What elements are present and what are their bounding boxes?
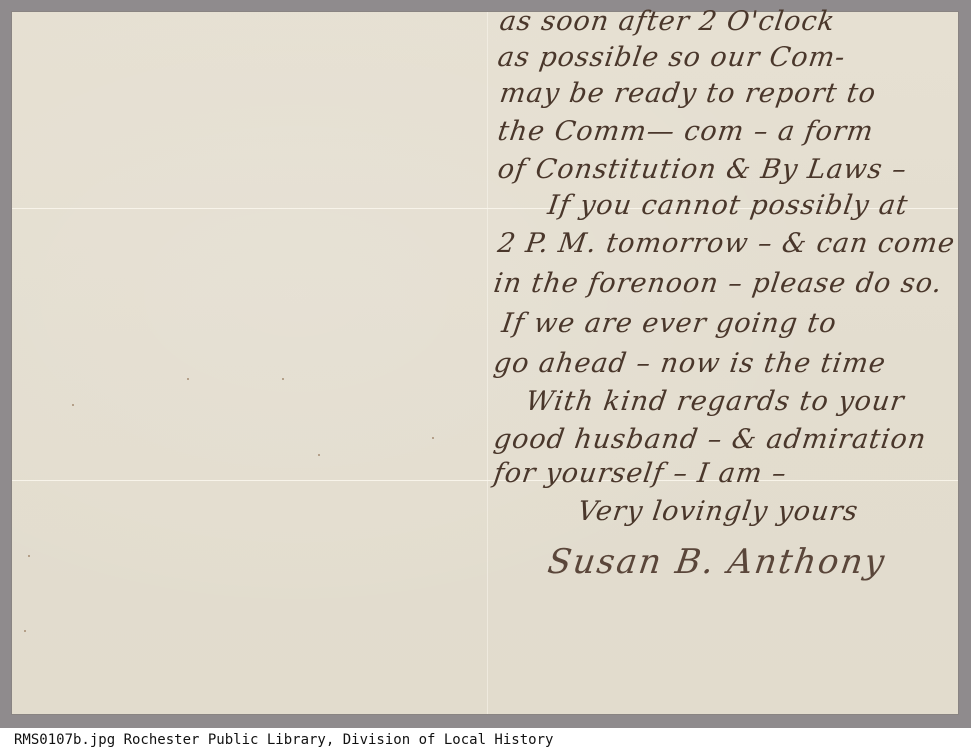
letter-line: of Constitution & By Laws – bbox=[496, 154, 909, 185]
paper-speck bbox=[282, 378, 284, 380]
letter-line: for yourself – I am – bbox=[492, 458, 789, 489]
letter-line: as possible so our Com- bbox=[496, 42, 848, 73]
letter-line: the Comm— com – a form bbox=[496, 116, 876, 147]
letter-line: 2 P. M. tomorrow – & can come bbox=[496, 228, 957, 259]
letter-paper: as soon after 2 O'clock as possible so o… bbox=[12, 12, 958, 714]
paper-speck bbox=[28, 555, 30, 557]
paper-speck bbox=[187, 378, 189, 380]
scan-frame: as soon after 2 O'clock as possible so o… bbox=[0, 0, 971, 728]
letter-line: If we are ever going to bbox=[500, 308, 839, 339]
paper-speck bbox=[432, 437, 434, 439]
signature: Susan B. Anthony bbox=[545, 542, 888, 582]
letter-line: may be ready to report to bbox=[498, 78, 878, 109]
letter-line: in the forenoon – please do so. bbox=[492, 268, 945, 299]
left-page-blank bbox=[12, 12, 487, 714]
letter-line: as soon after 2 O'clock bbox=[498, 6, 837, 37]
letter-line: good husband – & admiration bbox=[492, 424, 929, 455]
paper-speck bbox=[318, 454, 320, 456]
image-caption: RMS0107b.jpg Rochester Public Library, D… bbox=[14, 730, 553, 750]
letter-closing: Very lovingly yours bbox=[576, 496, 861, 527]
right-page-text: as soon after 2 O'clock as possible so o… bbox=[488, 12, 958, 714]
paper-speck bbox=[24, 630, 26, 632]
paper-speck bbox=[72, 404, 74, 406]
letter-line: go ahead – now is the time bbox=[492, 348, 888, 379]
letter-line: With kind regards to your bbox=[524, 386, 907, 417]
letter-line: If you cannot possibly at bbox=[546, 190, 910, 221]
